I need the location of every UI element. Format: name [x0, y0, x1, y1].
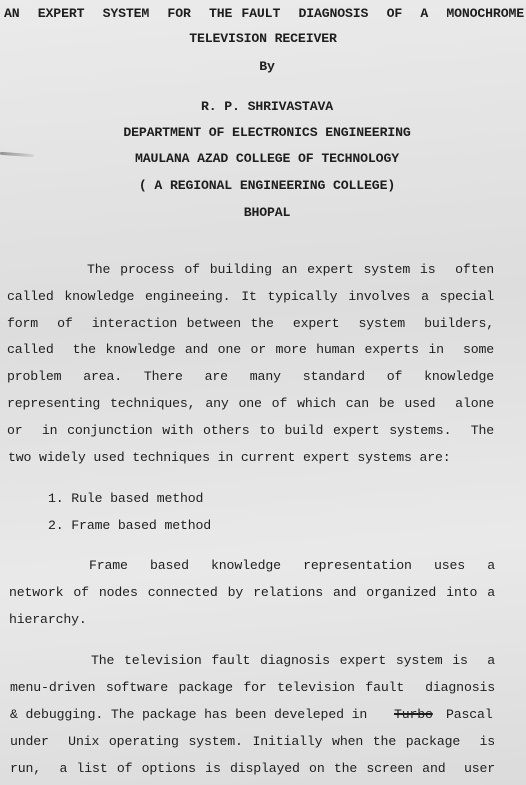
- city: BHOPAL: [4, 205, 526, 221]
- para1-line: called the knowledge and one or more hum…: [7, 342, 494, 358]
- para3-line: menu-driven software package for televis…: [10, 680, 495, 696]
- para2-line: Frame based knowledge representation use…: [89, 558, 495, 574]
- para3-line: run, a list of options is displayed on t…: [10, 761, 495, 777]
- para1-line: representing techniques, any one of whic…: [7, 396, 494, 412]
- struck-word: Turbo: [394, 707, 433, 723]
- para3-word: Pascal: [446, 707, 493, 723]
- list-item: 2. Frame based method: [48, 518, 211, 534]
- para1-line: or in conjunction with others to build e…: [7, 423, 494, 439]
- para1-line: problem area. There are many standard of…: [7, 369, 494, 385]
- college-note: ( A REGIONAL ENGINEERING COLLEGE): [4, 178, 526, 194]
- title-line-2: TELEVISION RECEIVER: [0, 31, 526, 47]
- para2-line: hierarchy.: [9, 612, 87, 628]
- para1-line: two widely used techniques in current ex…: [8, 450, 451, 466]
- title-line-1: AN EXPERT SYSTEM FOR THE FAULT DIAGNOSIS…: [4, 6, 524, 22]
- para2-line: network of nodes connected by relations …: [9, 585, 495, 601]
- list-item: 1. Rule based method: [48, 491, 203, 507]
- para3-line: under Unix operating system. Initially w…: [10, 734, 495, 750]
- author-name: R. P. SHRIVASTAVA: [4, 99, 526, 115]
- para1-line: form of interaction between the expert s…: [7, 316, 494, 332]
- para1-line: called knowledge engineeing. It typicall…: [7, 289, 494, 305]
- by-line: By: [4, 59, 526, 75]
- para1-line: The process of building an expert system…: [87, 262, 494, 278]
- document-page: AN EXPERT SYSTEM FOR THE FAULT DIAGNOSIS…: [0, 0, 526, 785]
- para3-line: & debugging. The package has been devele…: [10, 707, 367, 723]
- department: DEPARTMENT OF ELECTRONICS ENGINEERING: [4, 125, 526, 141]
- college: MAULANA AZAD COLLEGE OF TECHNOLOGY: [4, 151, 526, 167]
- para3-line: The television fault diagnosis expert sy…: [91, 653, 495, 669]
